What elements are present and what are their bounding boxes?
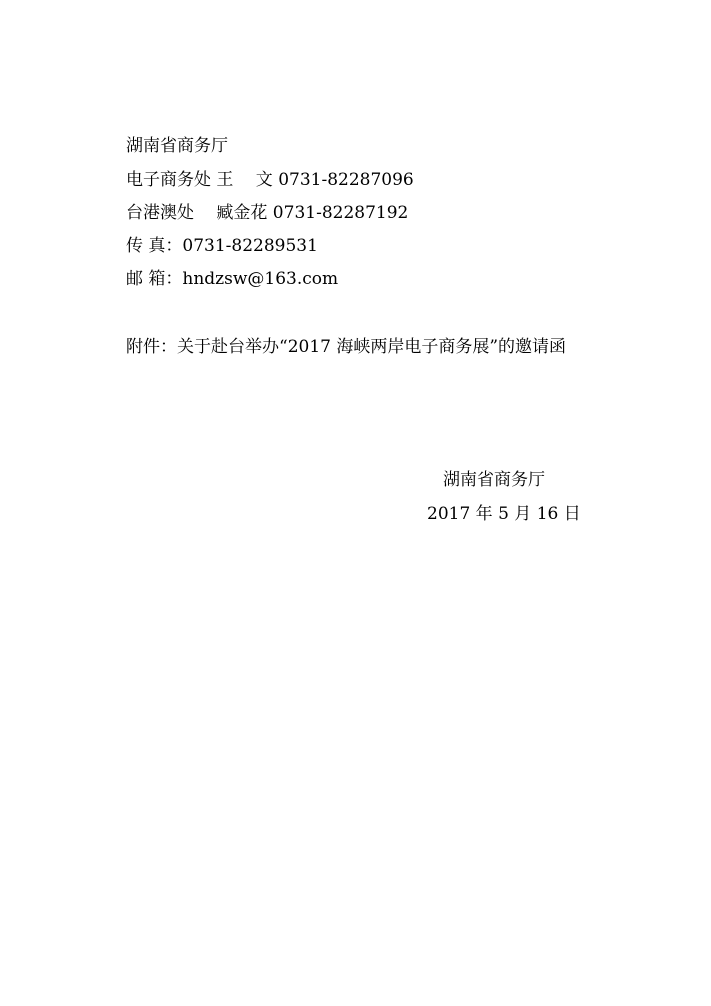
signature-org: 湖南省商务厅 — [443, 469, 545, 491]
contact-email: 邮 箱：hndzsw@163.com — [126, 268, 338, 290]
signature-date: 2017 年 5 月 16 日 — [427, 503, 581, 525]
contact-org: 湖南省商务厅 — [126, 135, 228, 157]
contact-line-ecommerce: 电子商务处 王 文 0731-82287096 — [126, 169, 414, 191]
contact-fax: 传 真：0731-82289531 — [126, 235, 318, 257]
attachment-line: 附件：关于赴台举办“2017 海峡两岸电子商务展”的邀请函 — [126, 336, 566, 358]
contact-line-hk-macao-taiwan: 台港澳处 臧金花 0731-82287192 — [126, 202, 408, 224]
